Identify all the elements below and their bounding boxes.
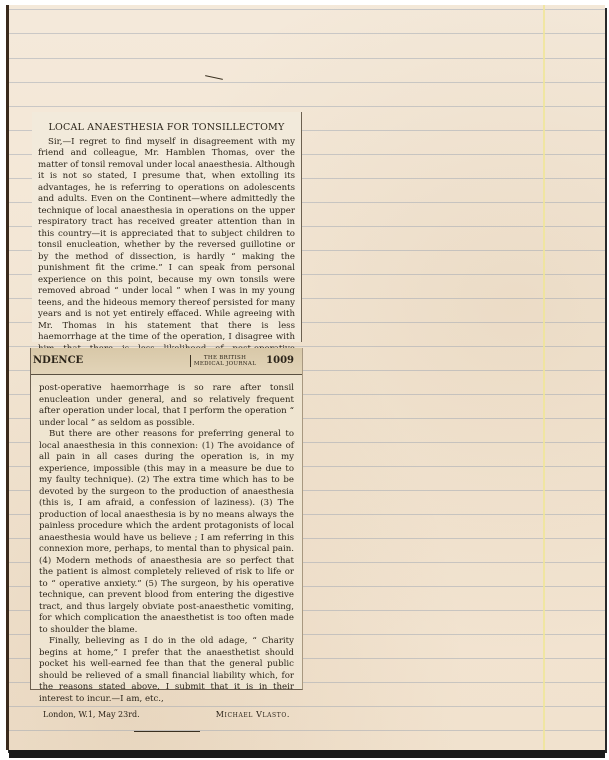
margin-line [543,5,545,750]
paragraph: Finally, believing as I do in the old ad… [39,636,294,705]
journal-masthead: THE BRITISH MEDICAL JOURNAL 1009 [190,355,294,367]
signature-block: London, W.1, May 23rd. Michael Vlasto. [39,709,294,721]
location-date: London, W.1, May 23rd. [43,709,140,721]
section-title: NDENCE [33,355,83,367]
end-rule [134,731,200,732]
letter-continuation: post-operative haemorrhage is so rare af… [39,375,294,732]
paragraph: post-operative haemorrhage is so rare af… [39,383,294,429]
newspaper-clipping-1: LOCAL ANAESTHESIA FOR TONSILLECTOMY Sir,… [32,112,302,342]
journal-name: THE BRITISH MEDICAL JOURNAL [190,355,256,367]
newspaper-clipping-2: NDENCE THE BRITISH MEDICAL JOURNAL 1009 … [30,348,303,690]
page-number: 1009 [266,355,294,367]
author-signature: Michael Vlasto. [216,709,290,721]
paragraph: But there are other reasons for preferri… [39,429,294,636]
letter-text-part-1: Sir,—I regret to find myself in disagree… [38,137,295,367]
clipping-title: LOCAL ANAESTHESIA FOR TONSILLECTOMY [38,122,295,134]
journal-header: NDENCE THE BRITISH MEDICAL JOURNAL 1009 [31,348,302,375]
